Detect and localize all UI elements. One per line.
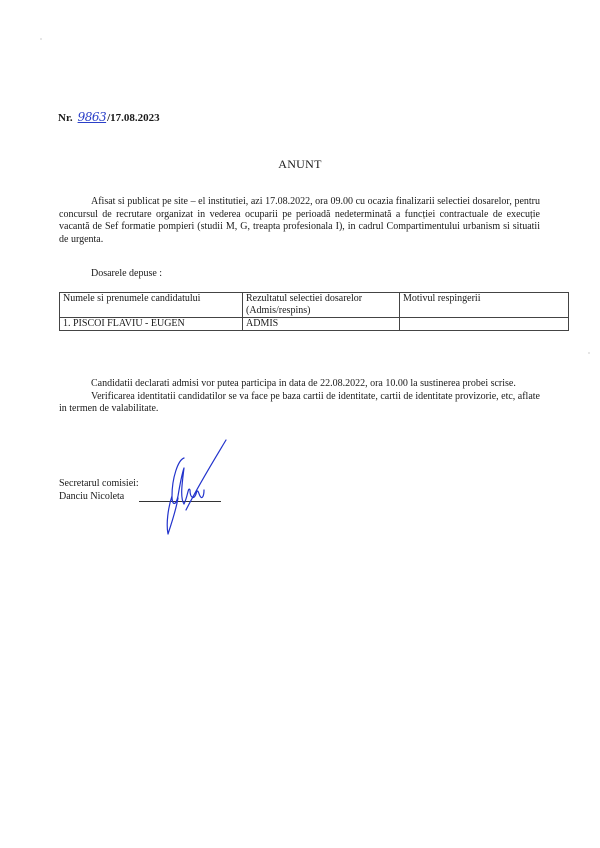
exam-date-paragraph: Candidatii declarati admisi vor putea pa… <box>59 378 540 391</box>
ref-prefix: Nr. <box>58 112 73 124</box>
table-row: 1. PISCOI FLAVIU - EUGEN ADMIS <box>60 318 569 331</box>
scan-speck <box>588 352 590 354</box>
handwritten-signature-icon <box>148 438 228 536</box>
header-rejection-reason: Motivul respingerii <box>400 293 569 318</box>
document-title: ANUNT <box>0 157 600 172</box>
scan-speck <box>40 38 42 40</box>
identity-check-paragraph: Verificarea identitatii candidatilor se … <box>59 391 540 416</box>
header-selection-result: Rezultatul selectiei dosarelor (Admis/re… <box>243 293 400 318</box>
cell-rejection-reason <box>400 318 569 331</box>
registration-number: Nr. 9863 /17.08.2023 <box>58 110 160 124</box>
cell-selection-result: ADMIS <box>243 318 400 331</box>
closing-paragraphs: Candidatii declarati admisi vor putea pa… <box>59 378 540 416</box>
signatory-name: Danciu Nicoleta <box>59 491 139 504</box>
results-table: Numele si prenumele candidatului Rezulta… <box>59 292 569 331</box>
ref-date: /17.08.2023 <box>107 112 160 124</box>
table-header-row: Numele si prenumele candidatului Rezulta… <box>60 293 569 318</box>
cell-candidate-name: 1. PISCOI FLAVIU - EUGEN <box>60 318 243 331</box>
files-submitted-label: Dosarele depuse : <box>91 268 162 279</box>
document-page: Nr. 9863 /17.08.2023 ANUNT Afisat si pub… <box>0 0 600 848</box>
handwritten-ref-number: 9863 <box>77 110 108 124</box>
signature-block: Secretarul comisiei: Danciu Nicoleta <box>59 478 139 503</box>
header-candidate-name: Numele si prenumele candidatului <box>60 293 243 318</box>
signatory-role: Secretarul comisiei: <box>59 478 139 491</box>
announcement-paragraph: Afisat si publicat pe site – el institut… <box>59 196 540 246</box>
